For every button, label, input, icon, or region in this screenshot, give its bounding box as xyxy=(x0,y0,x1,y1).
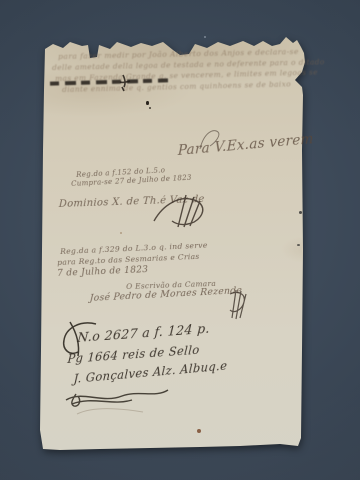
ink-dot xyxy=(149,107,151,109)
faint-scribble xyxy=(75,404,145,418)
grant-signature-flourish xyxy=(150,193,212,229)
fox-spot xyxy=(120,232,122,234)
edge-speck xyxy=(299,211,302,214)
background-speck xyxy=(204,36,206,38)
ink-blot xyxy=(116,74,132,92)
clerk-signature-flourish xyxy=(226,288,250,320)
photograph: para fazer medir por João Alberto dos An… xyxy=(0,0,360,480)
edge-speck xyxy=(297,244,300,246)
fox-spot xyxy=(197,429,201,433)
ink-dot xyxy=(146,101,149,105)
